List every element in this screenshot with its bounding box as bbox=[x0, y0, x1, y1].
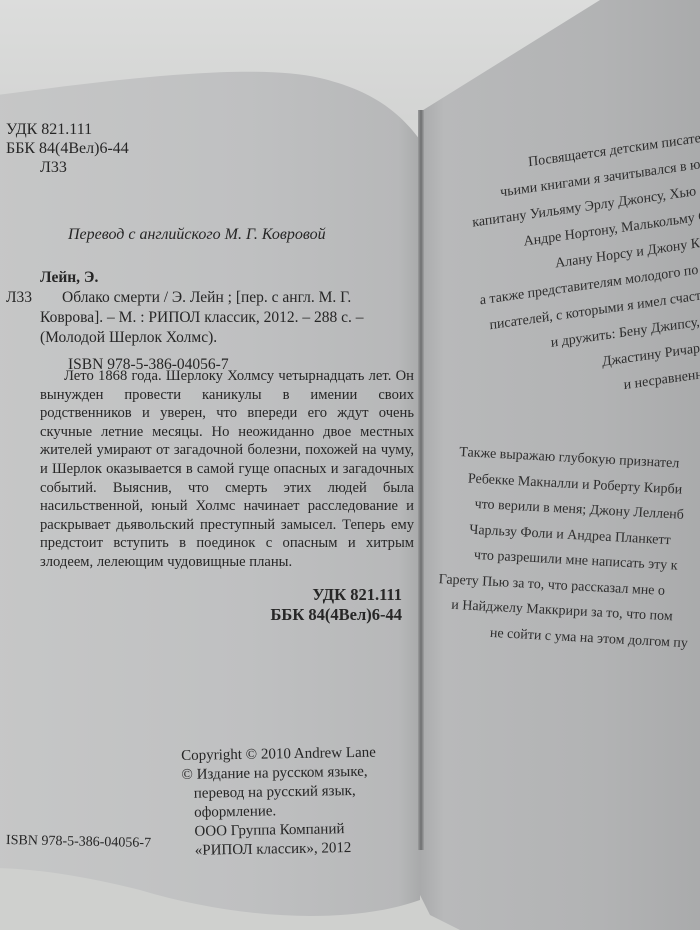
author-heading: Лейн, Э. bbox=[6, 268, 410, 288]
isbn-bottom: ISBN 978-5-386-04056-7 bbox=[6, 833, 151, 852]
classification-bold: УДК 821.111 ББК 84(4Вел)6-44 bbox=[200, 585, 402, 625]
bbk-code: ББК 84(4Вел)6-44 bbox=[6, 139, 129, 158]
bibliographic-entry: Лейн, Э. Л33 Облако смерти / Э. Лейн ; [… bbox=[6, 268, 410, 375]
book-photo: УДК 821.111 ББК 84(4Вел)6-44 Л33 Перевод… bbox=[0, 0, 700, 930]
annotation: Лето 1868 года. Шерлоку Холмсу четырнадц… bbox=[40, 367, 414, 572]
classification-block: УДК 821.111 ББК 84(4Вел)6-44 Л33 bbox=[6, 120, 129, 177]
annotation-text: Лето 1868 года. Шерлоку Холмсу четырнадц… bbox=[40, 367, 414, 572]
copyright-line: перевод на русский язык, bbox=[182, 782, 377, 804]
acknowledgements: Также выражаю глубокую признател Ребекке… bbox=[449, 440, 700, 666]
udk-code-bold: УДК 821.111 bbox=[200, 585, 402, 605]
bibliographic-description: Облако смерти / Э. Лейн ; [пер. с англ. … bbox=[40, 288, 410, 348]
copyright-line: «РИПОЛ классик», 2012 bbox=[183, 839, 378, 861]
book-gutter bbox=[418, 110, 424, 850]
author-sign: Л33 bbox=[6, 158, 129, 177]
bbk-code-bold: ББК 84(4Вел)6-44 bbox=[200, 605, 402, 625]
translator-note: Перевод с английского М. Г. Ковровой bbox=[68, 226, 326, 244]
udk-code: УДК 821.111 bbox=[6, 120, 129, 139]
copyright-block: Copyright © 2010 Andrew Lane © Издание н… bbox=[181, 744, 378, 861]
author-sign-code: Л33 bbox=[6, 288, 40, 348]
